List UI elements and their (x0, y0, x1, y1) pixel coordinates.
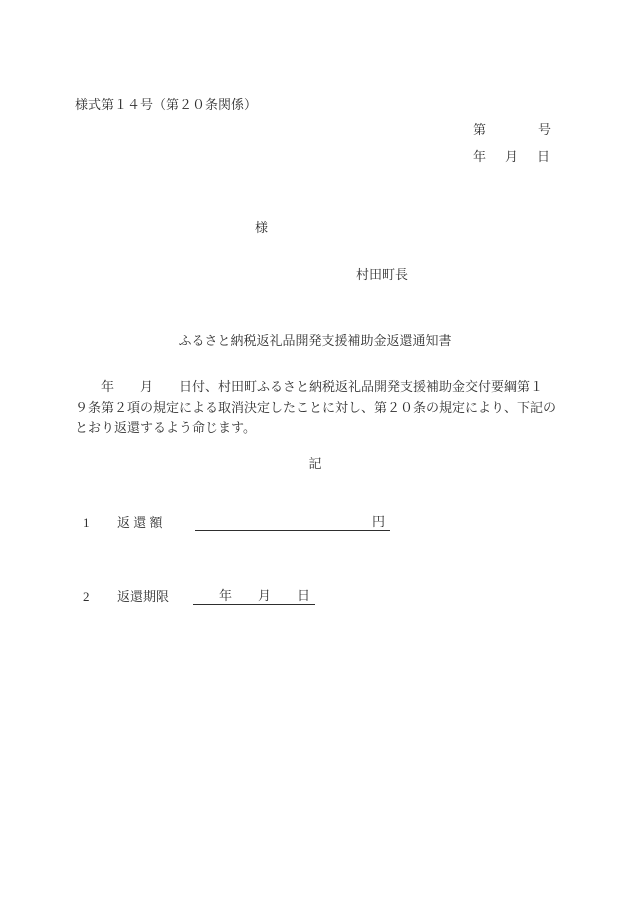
section-marker: 記 (0, 455, 630, 472)
document-title: ふるさと納税返礼品開発支援補助金返還通知書 (0, 332, 630, 349)
item1-amount-blank-line: 円 (195, 512, 390, 531)
doc-number-placeholder: 第 号 (473, 121, 551, 138)
body-line-3: とおり返還するよう命じます。 (75, 418, 565, 439)
date-placeholder: 年 月 日 (473, 148, 553, 165)
item2-date-blank-line: 年 月 日 (193, 586, 315, 605)
item2-number: 2 (83, 588, 90, 605)
sender-name: 村田町長 (356, 266, 408, 283)
item1-number: 1 (83, 514, 90, 531)
body-paragraph: 年 月 日付、村田町ふるさと納税返礼品開発支援補助金交付要綱第１ ９条第２項の規… (75, 377, 565, 439)
body-line-2: ９条第２項の規定による取消決定したことに対し、第２０条の規定により、下記の (75, 398, 565, 419)
item2-label: 返還期限 (117, 588, 169, 605)
document-page: 様式第１４号（第２０条関係） 第 号 年 月 日 様 村田町長 ふるさと納税返礼… (0, 0, 630, 903)
recipient-honorific: 様 (255, 219, 268, 236)
form-number: 様式第１４号（第２０条関係） (75, 96, 257, 113)
body-line-1: 年 月 日付、村田町ふるさと納税返礼品開発支援補助金交付要綱第１ (75, 377, 565, 398)
item1-label: 返 還 額 (117, 514, 163, 531)
